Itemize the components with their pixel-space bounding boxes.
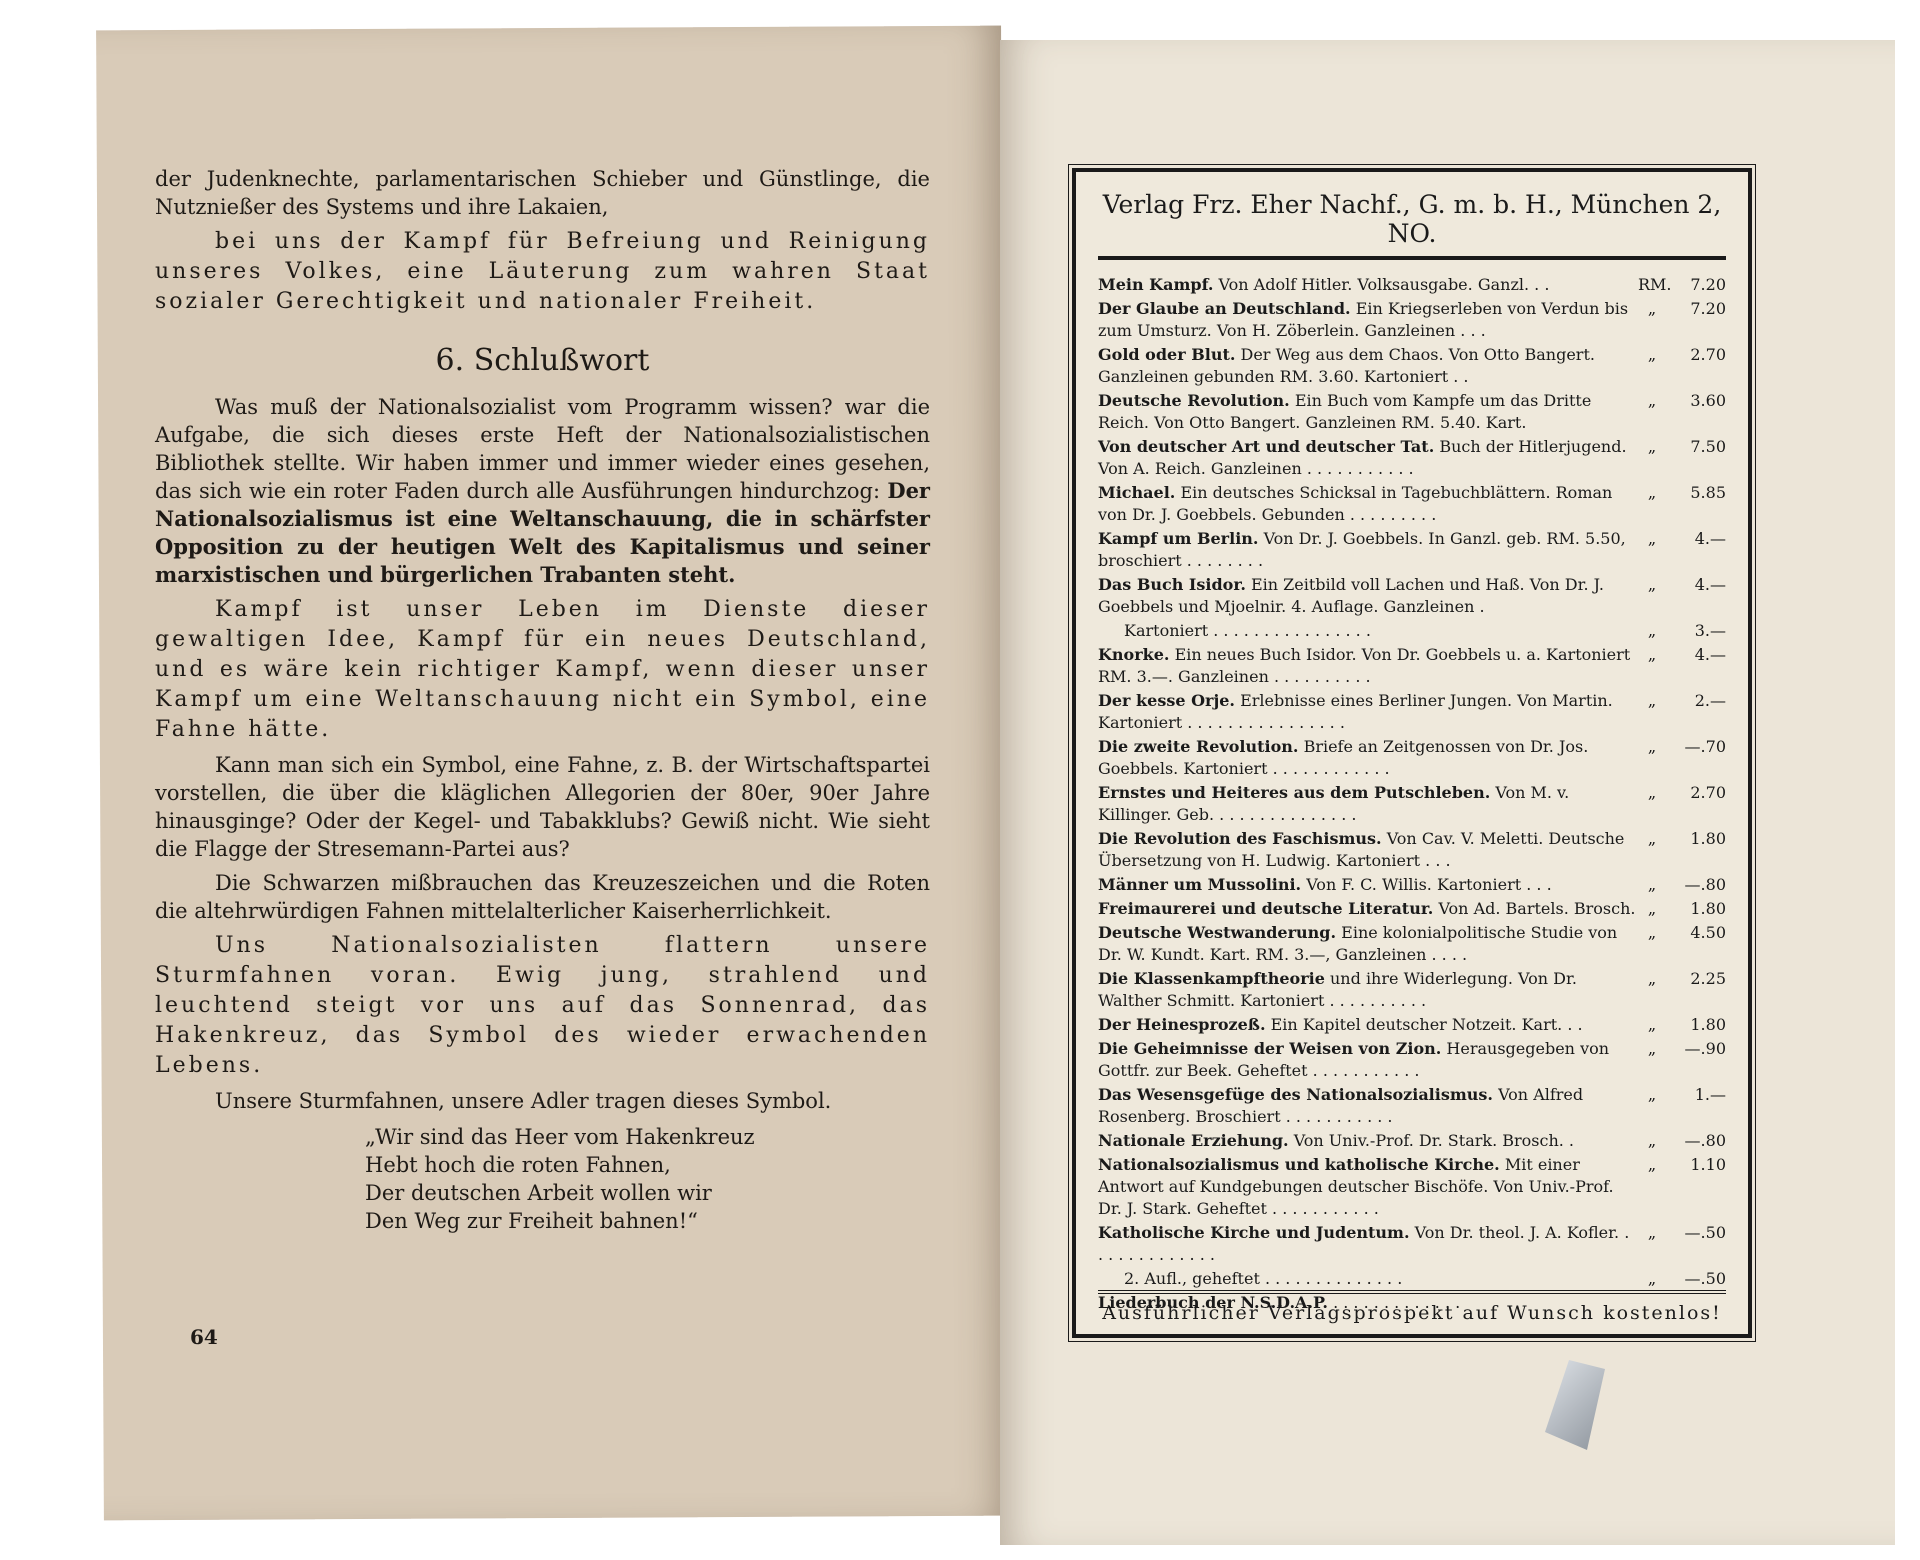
entry-details: Von Adolf Hitler. Volksausgabe. Ganzl. .… xyxy=(1219,275,1550,294)
catalog-entry: Freimaurerei und deutsche Literatur. Von… xyxy=(1098,898,1726,920)
entry-currency: „ xyxy=(1638,898,1666,920)
catalog-entry: Das Wesensgefüge des Nationalsozialismus… xyxy=(1098,1084,1726,1128)
catalog-entry: Der Heinesprozeß. Ein Kapitel deutscher … xyxy=(1098,1014,1726,1036)
entry-price: —.70 xyxy=(1666,736,1726,780)
catalog-entry: Der kesse Orje. Erlebnisse eines Berline… xyxy=(1098,690,1726,734)
catalog-entry: 2. Aufl., geheftet . . . . . . . . . . .… xyxy=(1098,1268,1726,1290)
entry-text: Die Klassenkampftheorie und ihre Widerle… xyxy=(1098,968,1638,1012)
entry-price: 1.80 xyxy=(1666,1014,1726,1036)
entry-price: 1.80 xyxy=(1666,828,1726,872)
entry-title: Freimaurerei und deutsche Literatur. xyxy=(1098,899,1433,918)
entry-currency: „ xyxy=(1638,344,1666,388)
catalog-entry: Michael. Ein deutsches Schicksal in Tage… xyxy=(1098,482,1726,526)
entry-price: 4.50 xyxy=(1666,922,1726,966)
entry-title: Der Glaube an Deutschland. xyxy=(1098,299,1351,318)
catalog-entry: Der Glaube an Deutschland. Ein Kriegserl… xyxy=(1098,298,1726,342)
entry-currency: „ xyxy=(1638,1154,1666,1220)
catalog-entry: Kartoniert . . . . . . . . . . . . . . .… xyxy=(1098,620,1726,642)
entry-details: Ein Kapitel deutscher Notzeit. Kart. . . xyxy=(1271,1015,1583,1034)
poem-line: Der deutschen Arbeit wollen wir xyxy=(365,1179,930,1207)
entry-title: Die Revolution des Faschismus. xyxy=(1098,829,1382,848)
paragraph-5: Uns Nationalsozialisten flattern unsere … xyxy=(155,931,930,1081)
entry-title: Knorke. xyxy=(1098,645,1169,664)
paragraph-1-text: Was muß der Nationalsozialist vom Progra… xyxy=(155,395,930,503)
publisher-catalog: Verlag Frz. Eher Nachf., G. m. b. H., Mü… xyxy=(1072,168,1752,1338)
entry-currency: RM. xyxy=(1638,274,1666,296)
entry-price: —.50 xyxy=(1666,1222,1726,1266)
entry-title: Nationale Erziehung. xyxy=(1098,1131,1289,1150)
catalog-entry: Knorke. Ein neues Buch Isidor. Von Dr. G… xyxy=(1098,644,1726,688)
poem: „Wir sind das Heer vom Hakenkreuz Hebt h… xyxy=(365,1123,930,1235)
entry-currency: „ xyxy=(1638,298,1666,342)
entry-title: Männer um Mussolini. xyxy=(1098,875,1301,894)
entry-currency: „ xyxy=(1638,574,1666,618)
entry-currency: „ xyxy=(1638,1038,1666,1082)
entry-price: 1.— xyxy=(1666,1084,1726,1128)
entry-details: Von F. C. Willis. Kartoniert . . . xyxy=(1306,875,1551,894)
entry-currency: „ xyxy=(1638,968,1666,1012)
catalog-entry: Nationale Erziehung. Von Univ.-Prof. Dr.… xyxy=(1098,1130,1726,1152)
entry-title: Das Buch Isidor. xyxy=(1098,575,1246,594)
entry-price: 2.70 xyxy=(1666,782,1726,826)
entry-text: Katholische Kirche und Judentum. Von Dr.… xyxy=(1098,1222,1638,1266)
entry-currency: „ xyxy=(1638,1222,1666,1266)
entry-text: Ernstes und Heiteres aus dem Putschleben… xyxy=(1098,782,1638,826)
catalog-entry: Deutsche Revolution. Ein Buch vom Kampfe… xyxy=(1098,390,1726,434)
entry-price: 2.— xyxy=(1666,690,1726,734)
entry-currency: „ xyxy=(1638,782,1666,826)
entry-details: 2. Aufl., geheftet . . . . . . . . . . .… xyxy=(1124,1269,1402,1288)
entry-text: Nationalsozialismus und katholische Kirc… xyxy=(1098,1154,1638,1220)
catalog-entry: Die Geheimnisse der Weisen von Zion. Her… xyxy=(1098,1038,1726,1082)
entry-currency: „ xyxy=(1638,644,1666,688)
entry-price: 2.70 xyxy=(1666,344,1726,388)
entry-details: Ein deutsches Schicksal in Tagebuchblätt… xyxy=(1098,483,1612,524)
entry-price: 3.— xyxy=(1666,620,1726,642)
entry-text: Männer um Mussolini. Von F. C. Willis. K… xyxy=(1098,874,1638,896)
entry-price: 4.— xyxy=(1666,528,1726,572)
entry-text: Kartoniert . . . . . . . . . . . . . . .… xyxy=(1098,620,1638,642)
entry-title: Das Wesensgefüge des Nationalsozialismus… xyxy=(1098,1085,1493,1104)
entry-text: Knorke. Ein neues Buch Isidor. Von Dr. G… xyxy=(1098,644,1638,688)
poem-line: Hebt hoch die roten Fahnen, xyxy=(365,1151,930,1179)
entry-price: —.80 xyxy=(1666,1130,1726,1152)
entry-title: Von deutscher Art und deutscher Tat. xyxy=(1098,437,1434,456)
entry-title: Michael. xyxy=(1098,483,1175,502)
entry-text: Michael. Ein deutsches Schicksal in Tage… xyxy=(1098,482,1638,526)
catalog-entry: Das Buch Isidor. Ein Zeitbild voll Lache… xyxy=(1098,574,1726,618)
entry-title: Der Heinesprozeß. xyxy=(1098,1015,1266,1034)
entry-title: Deutsche Westwanderung. xyxy=(1098,923,1336,942)
catalog-entry: Kampf um Berlin. Von Dr. J. Goebbels. In… xyxy=(1098,528,1726,572)
entry-text: Nationale Erziehung. Von Univ.-Prof. Dr.… xyxy=(1098,1130,1638,1152)
entry-price: 3.60 xyxy=(1666,390,1726,434)
entry-currency: „ xyxy=(1638,1014,1666,1036)
entry-price: 1.80 xyxy=(1666,898,1726,920)
entry-price: 7.50 xyxy=(1666,436,1726,480)
entry-text: Der Glaube an Deutschland. Ein Kriegserl… xyxy=(1098,298,1638,342)
catalog-entries: Mein Kampf. Von Adolf Hitler. Volksausga… xyxy=(1098,274,1726,1314)
left-page-text: der Judenknechte, parlamentarischen Schi… xyxy=(155,165,930,1235)
paragraph-4: Die Schwarzen mißbrauchen das Kreuzeszei… xyxy=(155,869,930,925)
entry-title: Die Geheimnisse der Weisen von Zion. xyxy=(1098,1039,1441,1058)
paragraph-6: Unsere Sturmfahnen, unsere Adler tragen … xyxy=(155,1087,930,1115)
catalog-entry: Die Klassenkampftheorie und ihre Widerle… xyxy=(1098,968,1726,1012)
catalog-entry: Männer um Mussolini. Von F. C. Willis. K… xyxy=(1098,874,1726,896)
entry-details: Ein neues Buch Isidor. Von Dr. Goebbels … xyxy=(1098,645,1630,686)
entry-title: Gold oder Blut. xyxy=(1098,345,1235,364)
entry-text: Freimaurerei und deutsche Literatur. Von… xyxy=(1098,898,1638,920)
entry-details: Von Ad. Bartels. Brosch. xyxy=(1438,899,1635,918)
paragraph-3: Kann man sich ein Symbol, eine Fahne, z.… xyxy=(155,751,930,863)
catalog-footer-note: Ausführlicher Verlagsprospekt auf Wunsch… xyxy=(1098,1290,1726,1324)
entry-currency: „ xyxy=(1638,482,1666,526)
catalog-entry: Die Revolution des Faschismus. Von Cav. … xyxy=(1098,828,1726,872)
entry-text: Kampf um Berlin. Von Dr. J. Goebbels. In… xyxy=(1098,528,1638,572)
entry-text: Von deutscher Art und deutscher Tat. Buc… xyxy=(1098,436,1638,480)
entry-currency: „ xyxy=(1638,922,1666,966)
entry-title: Die Klassenkampftheorie xyxy=(1098,969,1325,988)
entry-text: Die Geheimnisse der Weisen von Zion. Her… xyxy=(1098,1038,1638,1082)
section-title: 6. Schlußwort xyxy=(155,347,930,375)
entry-currency: „ xyxy=(1638,1130,1666,1152)
entry-currency: „ xyxy=(1638,736,1666,780)
entry-currency: „ xyxy=(1638,874,1666,896)
entry-text: 2. Aufl., geheftet . . . . . . . . . . .… xyxy=(1098,1268,1638,1290)
entry-title: Deutsche Revolution. xyxy=(1098,391,1290,410)
entry-text: Die Revolution des Faschismus. Von Cav. … xyxy=(1098,828,1638,872)
entry-title: Ernstes und Heiteres aus dem Putschleben… xyxy=(1098,783,1490,802)
publisher-heading: Verlag Frz. Eher Nachf., G. m. b. H., Mü… xyxy=(1098,190,1726,260)
entry-title: Nationalsozialismus und katholische Kirc… xyxy=(1098,1155,1500,1174)
entry-currency: „ xyxy=(1638,690,1666,734)
entry-price: 7.20 xyxy=(1666,298,1726,342)
catalog-entry: Mein Kampf. Von Adolf Hitler. Volksausga… xyxy=(1098,274,1726,296)
entry-currency: „ xyxy=(1638,528,1666,572)
poem-line: „Wir sind das Heer vom Hakenkreuz xyxy=(365,1123,930,1151)
entry-price: 4.— xyxy=(1666,574,1726,618)
page-number: 64 xyxy=(190,1325,218,1349)
entry-currency: „ xyxy=(1638,390,1666,434)
entry-title: Kampf um Berlin. xyxy=(1098,529,1258,548)
catalog-entry: Die zweite Revolution. Briefe an Zeitgen… xyxy=(1098,736,1726,780)
entry-currency: „ xyxy=(1638,828,1666,872)
entry-details: Kartoniert . . . . . . . . . . . . . . .… xyxy=(1124,621,1371,640)
entry-text: Der kesse Orje. Erlebnisse eines Berline… xyxy=(1098,690,1638,734)
intro-text: der Judenknechte, parlamentarischen Schi… xyxy=(155,165,930,221)
entry-price: —.50 xyxy=(1666,1268,1726,1290)
entry-price: 7.20 xyxy=(1666,274,1726,296)
catalog-entry: Nationalsozialismus und katholische Kirc… xyxy=(1098,1154,1726,1220)
entry-details: Von Univ.-Prof. Dr. Stark. Brosch. . xyxy=(1294,1131,1574,1150)
entry-price: 2.25 xyxy=(1666,968,1726,1012)
entry-title: Der kesse Orje. xyxy=(1098,691,1235,710)
paragraph-1: Was muß der Nationalsozialist vom Progra… xyxy=(155,393,930,589)
entry-title: Mein Kampf. xyxy=(1098,275,1213,294)
entry-text: Der Heinesprozeß. Ein Kapitel deutscher … xyxy=(1098,1014,1638,1036)
entry-currency: „ xyxy=(1638,1084,1666,1128)
entry-text: Das Wesensgefüge des Nationalsozialismus… xyxy=(1098,1084,1638,1128)
entry-price: 4.— xyxy=(1666,644,1726,688)
paragraph-2: Kampf ist unser Leben im Dienste dieser … xyxy=(155,595,930,745)
catalog-entry: Ernstes und Heiteres aus dem Putschleben… xyxy=(1098,782,1726,826)
entry-title: Katholische Kirche und Judentum. xyxy=(1098,1223,1410,1242)
entry-price: 5.85 xyxy=(1666,482,1726,526)
intro-paragraph: bei uns der Kampf für Befreiung und Rein… xyxy=(155,227,930,317)
entry-text: Deutsche Revolution. Ein Buch vom Kampfe… xyxy=(1098,390,1638,434)
poem-line: Den Weg zur Freiheit bahnen!“ xyxy=(365,1207,930,1235)
entry-text: Deutsche Westwanderung. Eine kolonialpol… xyxy=(1098,922,1638,966)
catalog-entry: Gold oder Blut. Der Weg aus dem Chaos. V… xyxy=(1098,344,1726,388)
catalog-entry: Deutsche Westwanderung. Eine kolonialpol… xyxy=(1098,922,1726,966)
entry-price: —.80 xyxy=(1666,874,1726,896)
entry-price: 1.10 xyxy=(1666,1154,1726,1220)
catalog-entry: Katholische Kirche und Judentum. Von Dr.… xyxy=(1098,1222,1726,1266)
entry-text: Gold oder Blut. Der Weg aus dem Chaos. V… xyxy=(1098,344,1638,388)
catalog-entry: Von deutscher Art und deutscher Tat. Buc… xyxy=(1098,436,1726,480)
entry-currency: „ xyxy=(1638,620,1666,642)
entry-price: —.90 xyxy=(1666,1038,1726,1082)
entry-title: Die zweite Revolution. xyxy=(1098,737,1298,756)
entry-text: Die zweite Revolution. Briefe an Zeitgen… xyxy=(1098,736,1638,780)
entry-text: Das Buch Isidor. Ein Zeitbild voll Lache… xyxy=(1098,574,1638,618)
entry-currency: „ xyxy=(1638,436,1666,480)
entry-currency: „ xyxy=(1638,1268,1666,1290)
entry-text: Mein Kampf. Von Adolf Hitler. Volksausga… xyxy=(1098,274,1638,296)
